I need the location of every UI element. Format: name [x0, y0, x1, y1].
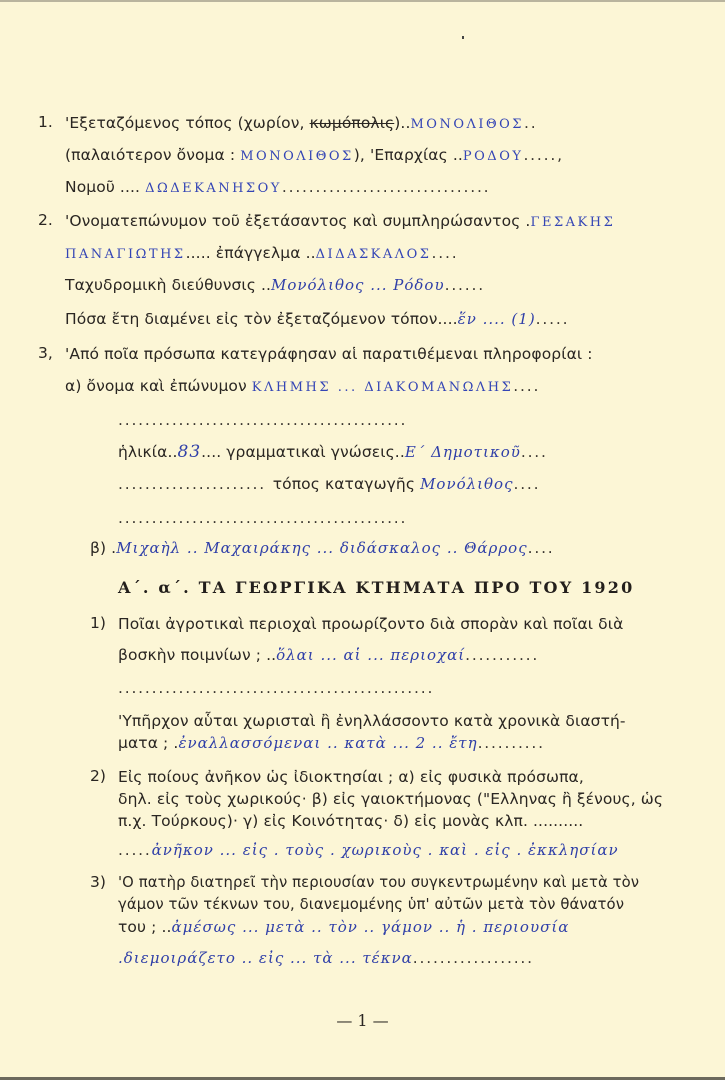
old-name-field[interactable]: ΜΟΝΟΛΙΘΟΣ — [240, 149, 354, 164]
ownership-line: .....ἀνῆκον ... εἰς . τοὺς . χωρικοὺς . … — [118, 840, 619, 860]
dot-leader: ...... — [445, 276, 485, 294]
dot-leader: .. — [524, 114, 537, 132]
ownership-field[interactable]: ἀνῆκον ... εἰς . τοὺς . χωρικοὺς . καὶ .… — [152, 841, 619, 859]
question-text: Ποῖαι ἀγροτικαὶ περιοχαὶ προωρίζοντο διὰ… — [118, 614, 623, 634]
informant-a-name-field[interactable]: ΚΛΗΜΗΣ ... ΔΙΑΚΟΜΑΝΩΛΗΣ — [252, 380, 514, 395]
question-number: 3) — [90, 873, 106, 891]
section-heading: Α΄. α΄. ΤΑ ΓΕΩΡΓΙΚΑ ΚΤΗΜΑΤΑ ΠΡΟ ΤΟΥ 1920 — [118, 578, 634, 597]
question-text: Εἰς ποίους ἀνῆκον ὡς ἰδιοκτησίαι ; α) εἰ… — [118, 767, 584, 787]
informant-b-label: β) . — [90, 539, 116, 557]
dot-leader: .... — [513, 475, 540, 493]
education-label: .... γραμματικαὶ γνώσεις.. — [201, 443, 405, 461]
informant-a-label: α) ὄνομα καὶ ἐπώνυμον — [65, 377, 252, 395]
dot-leader: .... — [513, 377, 540, 395]
village-field[interactable]: ΜΟΝΟΛΙΘΟΣ — [410, 117, 524, 132]
questionnaire-page: 1. 'Εξεταζόμενος τόπος (χωρίον, κωμόπολι… — [0, 0, 725, 1080]
dot-leader: .... — [528, 539, 555, 557]
struck-option: κωμόπολις — [310, 114, 395, 132]
origin-field[interactable]: Μονόλιθος — [420, 475, 513, 493]
inheritance-field-continued[interactable]: .διεμοιράζετο .. εἰς ... τὰ ... τέκνα — [118, 949, 413, 967]
dot-leader: .... — [432, 244, 459, 262]
page-number: — 1 — — [0, 1011, 725, 1030]
address-field[interactable]: Μονόλιθος ... Ρόδου — [271, 276, 445, 294]
land-use-label: βοσκὴν ποιμνίων ; .. — [118, 646, 276, 664]
question-number: 3, — [38, 344, 53, 362]
punct: ).. — [394, 114, 410, 132]
profession-label: ..... ἐπάγγελμα .. — [186, 244, 316, 262]
dot-leader: .......... — [478, 734, 545, 752]
question-number: 2. — [38, 211, 53, 229]
question-number: 1. — [38, 113, 53, 131]
address-line: Ταχυδρομικὴ διεύθυνσις ..Μονόλιθος ... Ρ… — [65, 275, 485, 295]
blank-dotted-line: ........................................… — [118, 508, 407, 528]
question-text: 'Ο πατὴρ διατηρεῖ τὴν περιουσίαν του συγ… — [118, 873, 639, 893]
inheritance-field[interactable]: ἀμέσως ... μετὰ .. τὸν .. γάμον .. ἡ . π… — [172, 918, 570, 936]
question-text: 'Υπῆρχον αὗται χωρισταὶ ἢ ἐνηλλάσσοντο κ… — [118, 711, 626, 731]
land-use-line: βοσκὴν ποιμνίων ; ..ὅλαι ... αἱ ... περι… — [118, 645, 539, 665]
age-label: ἡλικία.. — [118, 443, 178, 461]
inheritance-label: του ; .. — [118, 918, 172, 936]
prefecture-label: Νομοῦ .... — [65, 178, 145, 196]
informant-a-line: α) ὄνομα καὶ ἐπώνυμον ΚΛΗΜΗΣ ... ΔΙΑΚΟΜΑ… — [65, 376, 540, 398]
address-label: Ταχυδρομικὴ διεύθυνσις .. — [65, 276, 271, 294]
origin-label: τόπος καταγωγῆς — [273, 475, 420, 493]
prefecture-field[interactable]: ΔΩΔΕΚΑΝΗΣΟΥ — [145, 181, 282, 196]
blank-dotted-line: ........................................… — [118, 410, 407, 430]
inheritance-line-2: .διεμοιράζετο .. εἰς ... τὰ ... τέκνα...… — [118, 948, 534, 968]
dot-leader: .................. — [413, 949, 534, 967]
question-text: δηλ. εἰς τοὺς χωρικούς· β) εἰς γαιοκτήμο… — [118, 789, 663, 809]
education-field[interactable]: Ε΄ Δημοτικοῦ — [405, 443, 521, 461]
dot-leader: ...................... — [118, 475, 273, 493]
dot-leader: ..... — [118, 841, 152, 859]
prefecture-line: Νομοῦ .... ΔΩΔΕΚΑΝΗΣΟΥ..................… — [65, 177, 490, 199]
years-line: Πόσα ἔτη διαμένει εἰς τὸν ἐξεταζόμενον τ… — [65, 309, 569, 329]
dot-leader: ........... — [465, 646, 539, 664]
inheritance-line: του ; ..ἀμέσως ... μετὰ .. τὸν .. γάμον … — [118, 917, 569, 937]
province-label: ), 'Επαρχίας .. — [354, 146, 463, 164]
rotation-line: ματα ; .ἐναλλασσόμεναι .. κατὰ ... 2 .. … — [118, 733, 545, 753]
village-line: 'Εξεταζόμενος τόπος (χωρίον, κωμόπολις).… — [65, 113, 537, 135]
years-field[interactable]: ἕν .... (1) — [458, 310, 536, 328]
informants-heading: 'Από ποῖα πρόσωπα κατεγράφησαν αἱ παρατι… — [65, 344, 593, 364]
dot-leader: ..... — [536, 310, 570, 328]
examiner-label: 'Ονοματεπώνυμον τοῦ ἐξετάσαντος καὶ συμπ… — [65, 212, 530, 230]
old-name-label: (παλαιότερον ὄνομα : — [65, 146, 240, 164]
village-label: 'Εξεταζόμενος τόπος (χωρίον, — [65, 114, 310, 132]
province-field[interactable]: ΡΟΔΟΥ — [463, 149, 524, 164]
land-use-field[interactable]: ὅλαι ... αἱ ... περιοχαί — [276, 646, 465, 664]
dot-leader: ....., — [523, 146, 563, 164]
rotation-label: ματα ; . — [118, 734, 178, 752]
blank-dotted-line: ........................................… — [118, 678, 434, 698]
examiner-surname-field[interactable]: ΓΕΣΑΚΗΣ — [530, 215, 615, 230]
profession-field[interactable]: ΔΙΔΑΣΚΑΛΟΣ — [316, 247, 432, 262]
rotation-field[interactable]: ἐναλλασσόμεναι .. κατὰ ... 2 .. ἔτη — [178, 734, 477, 752]
question-text: γάμον τῶν τέκνων του, διανεμομένης ὑπ' α… — [118, 895, 624, 915]
examiner-firstname-field[interactable]: ΠΑΝΑΓΙΩΤΗΣ — [65, 247, 186, 262]
informant-b-line: β) .Μιχαὴλ .. Μαχαιράκης ... διδάσκαλος … — [90, 538, 555, 558]
profession-line: ΠΑΝΑΓΙΩΤΗΣ..... ἐπάγγελμα ..ΔΙΔΑΣΚΑΛΟΣ..… — [65, 243, 458, 265]
examiner-line: 'Ονοματεπώνυμον τοῦ ἐξετάσαντος καὶ συμπ… — [65, 211, 615, 233]
years-label: Πόσα ἔτη διαμένει εἰς τὸν ἐξεταζόμενον τ… — [65, 310, 458, 328]
dot-leader: ............................... — [282, 178, 491, 196]
age-education-line: ἡλικία..83.... γραμματικαὶ γνώσεις..Ε΄ Δ… — [118, 442, 548, 462]
question-number: 2) — [90, 767, 106, 785]
informant-b-field[interactable]: Μιχαὴλ .. Μαχαιράκης ... διδάσκαλος .. Θ… — [116, 539, 527, 557]
dot-leader: .... — [521, 443, 548, 461]
origin-line: ...................... τόπος καταγωγῆς Μ… — [118, 474, 540, 494]
question-number: 1) — [90, 614, 106, 632]
old-name-line: (παλαιότερον ὄνομα : ΜΟΝΟΛΙΘΟΣ), 'Επαρχί… — [65, 145, 564, 167]
question-text: π.χ. Τούρκους)· γ) εἰς Κοινότητας· δ) εἰ… — [118, 811, 583, 831]
age-field[interactable]: 83 — [178, 442, 202, 462]
